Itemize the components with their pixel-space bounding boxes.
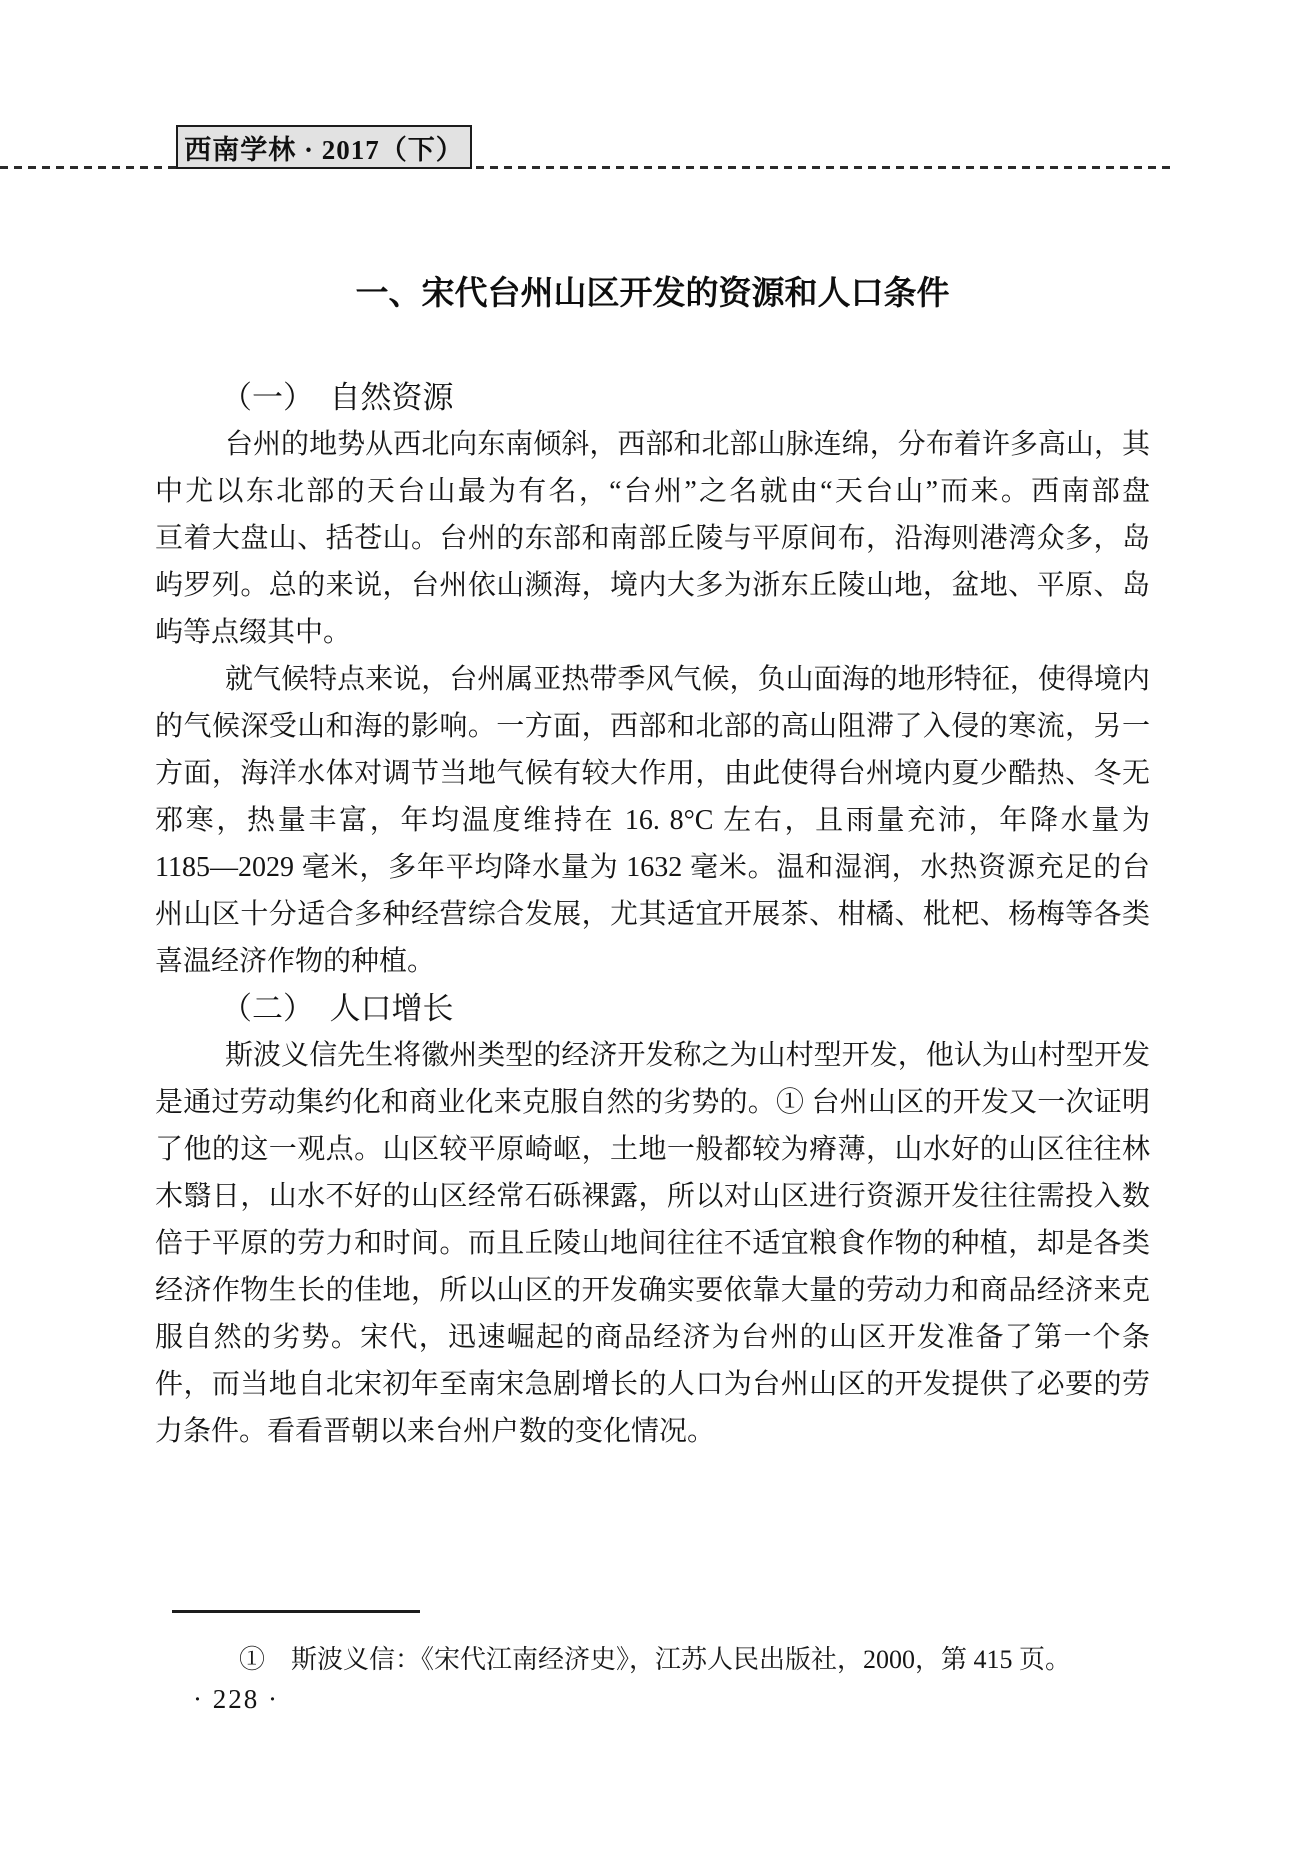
- footnote-text: ① 斯波义信：《宋代江南经济史》，江苏人民出版社，2000，第 415 页。: [155, 1642, 1150, 1678]
- footnote-rule: [172, 1610, 420, 1613]
- text-line: 斯波义信先生将徽州类型的经济开发称之为山村型开发，他认为山村型开发: [155, 1032, 1150, 1079]
- article-body: （一） 自然资源台州的地势从西北向东南倾斜，西部和北部山脉连绵，分布着许多高山，…: [155, 374, 1150, 1455]
- text-line: 倍于平原的劳力和时间。而且丘陵山地间往往不适宜粮食作物的种植，却是各类: [155, 1220, 1150, 1267]
- text-line: 屿罗列。总的来说，台州依山濒海，境内大多为浙东丘陵山地，盆地、平原、岛: [155, 562, 1150, 609]
- text-line: 1185—2029 毫米，多年平均降水量为 1632 毫米。温和湿润，水热资源充…: [155, 844, 1150, 891]
- text-line: 方面，海洋水体对调节当地气候有较大作用，由此使得台州境内夏少酷热、冬无: [155, 750, 1150, 797]
- text-line: 邪寒，热量丰富，年均温度维持在 16. 8°C 左右，且雨量充沛，年降水量为: [155, 797, 1150, 844]
- text-line: 件，而当地自北宋初年至南宋急剧增长的人口为台州山区的开发提供了必要的劳: [155, 1361, 1150, 1408]
- text-line: 木翳日，山水不好的山区经常石砾裸露，所以对山区进行资源开发往往需投入数: [155, 1173, 1150, 1220]
- text-line: 了他的这一观点。山区较平原崎岖，土地一般都较为瘠薄，山水好的山区往往林: [155, 1126, 1150, 1173]
- journal-header-label: 西南学林 · 2017（下）: [184, 128, 464, 167]
- text-line: 经济作物生长的佳地，所以山区的开发确实要依靠大量的劳动力和商品经济来克: [155, 1267, 1150, 1314]
- text-line: 的气候深受山和海的影响。一方面，西部和北部的高山阻滞了入侵的寒流，另一: [155, 703, 1150, 750]
- article-title: 一、宋代台州山区开发的资源和人口条件: [155, 272, 1150, 314]
- text-line: 就气候特点来说，台州属亚热带季风气候，负山面海的地形特征，使得境内: [155, 656, 1150, 703]
- text-line: 力条件。看看晋朝以来台州户数的变化情况。: [155, 1408, 1150, 1455]
- text-line: 喜温经济作物的种植。: [155, 938, 1150, 985]
- text-line: 屿等点缀其中。: [155, 609, 1150, 656]
- section-heading: （一） 自然资源: [155, 374, 1150, 421]
- section-heading: （二） 人口增长: [155, 985, 1150, 1032]
- text-line: 是通过劳动集约化和商业化来克服自然的劣势的。① 台州山区的开发又一次证明: [155, 1079, 1150, 1126]
- text-line: 亘着大盘山、括苍山。台州的东部和南部丘陵与平原间布，沿海则港湾众多，岛: [155, 515, 1150, 562]
- page-number: · 228 ·: [193, 1684, 279, 1715]
- text-line: 台州的地势从西北向东南倾斜，西部和北部山脉连绵，分布着许多高山，其: [155, 421, 1150, 468]
- text-line: 州山区十分适合多种经营综合发展，尤其适宜开展茶、柑橘、枇杷、杨梅等各类: [155, 891, 1150, 938]
- text-line: 中尤以东北部的天台山最为有名，“台州”之名就由“天台山”而来。西南部盘: [155, 468, 1150, 515]
- document-page: 西南学林 · 2017（下） 一、宋代台州山区开发的资源和人口条件 （一） 自然…: [0, 0, 1307, 1859]
- journal-header-badge: 西南学林 · 2017（下）: [176, 125, 472, 169]
- text-line: 服自然的劣势。宋代，迅速崛起的商品经济为台州的山区开发准备了第一个条: [155, 1314, 1150, 1361]
